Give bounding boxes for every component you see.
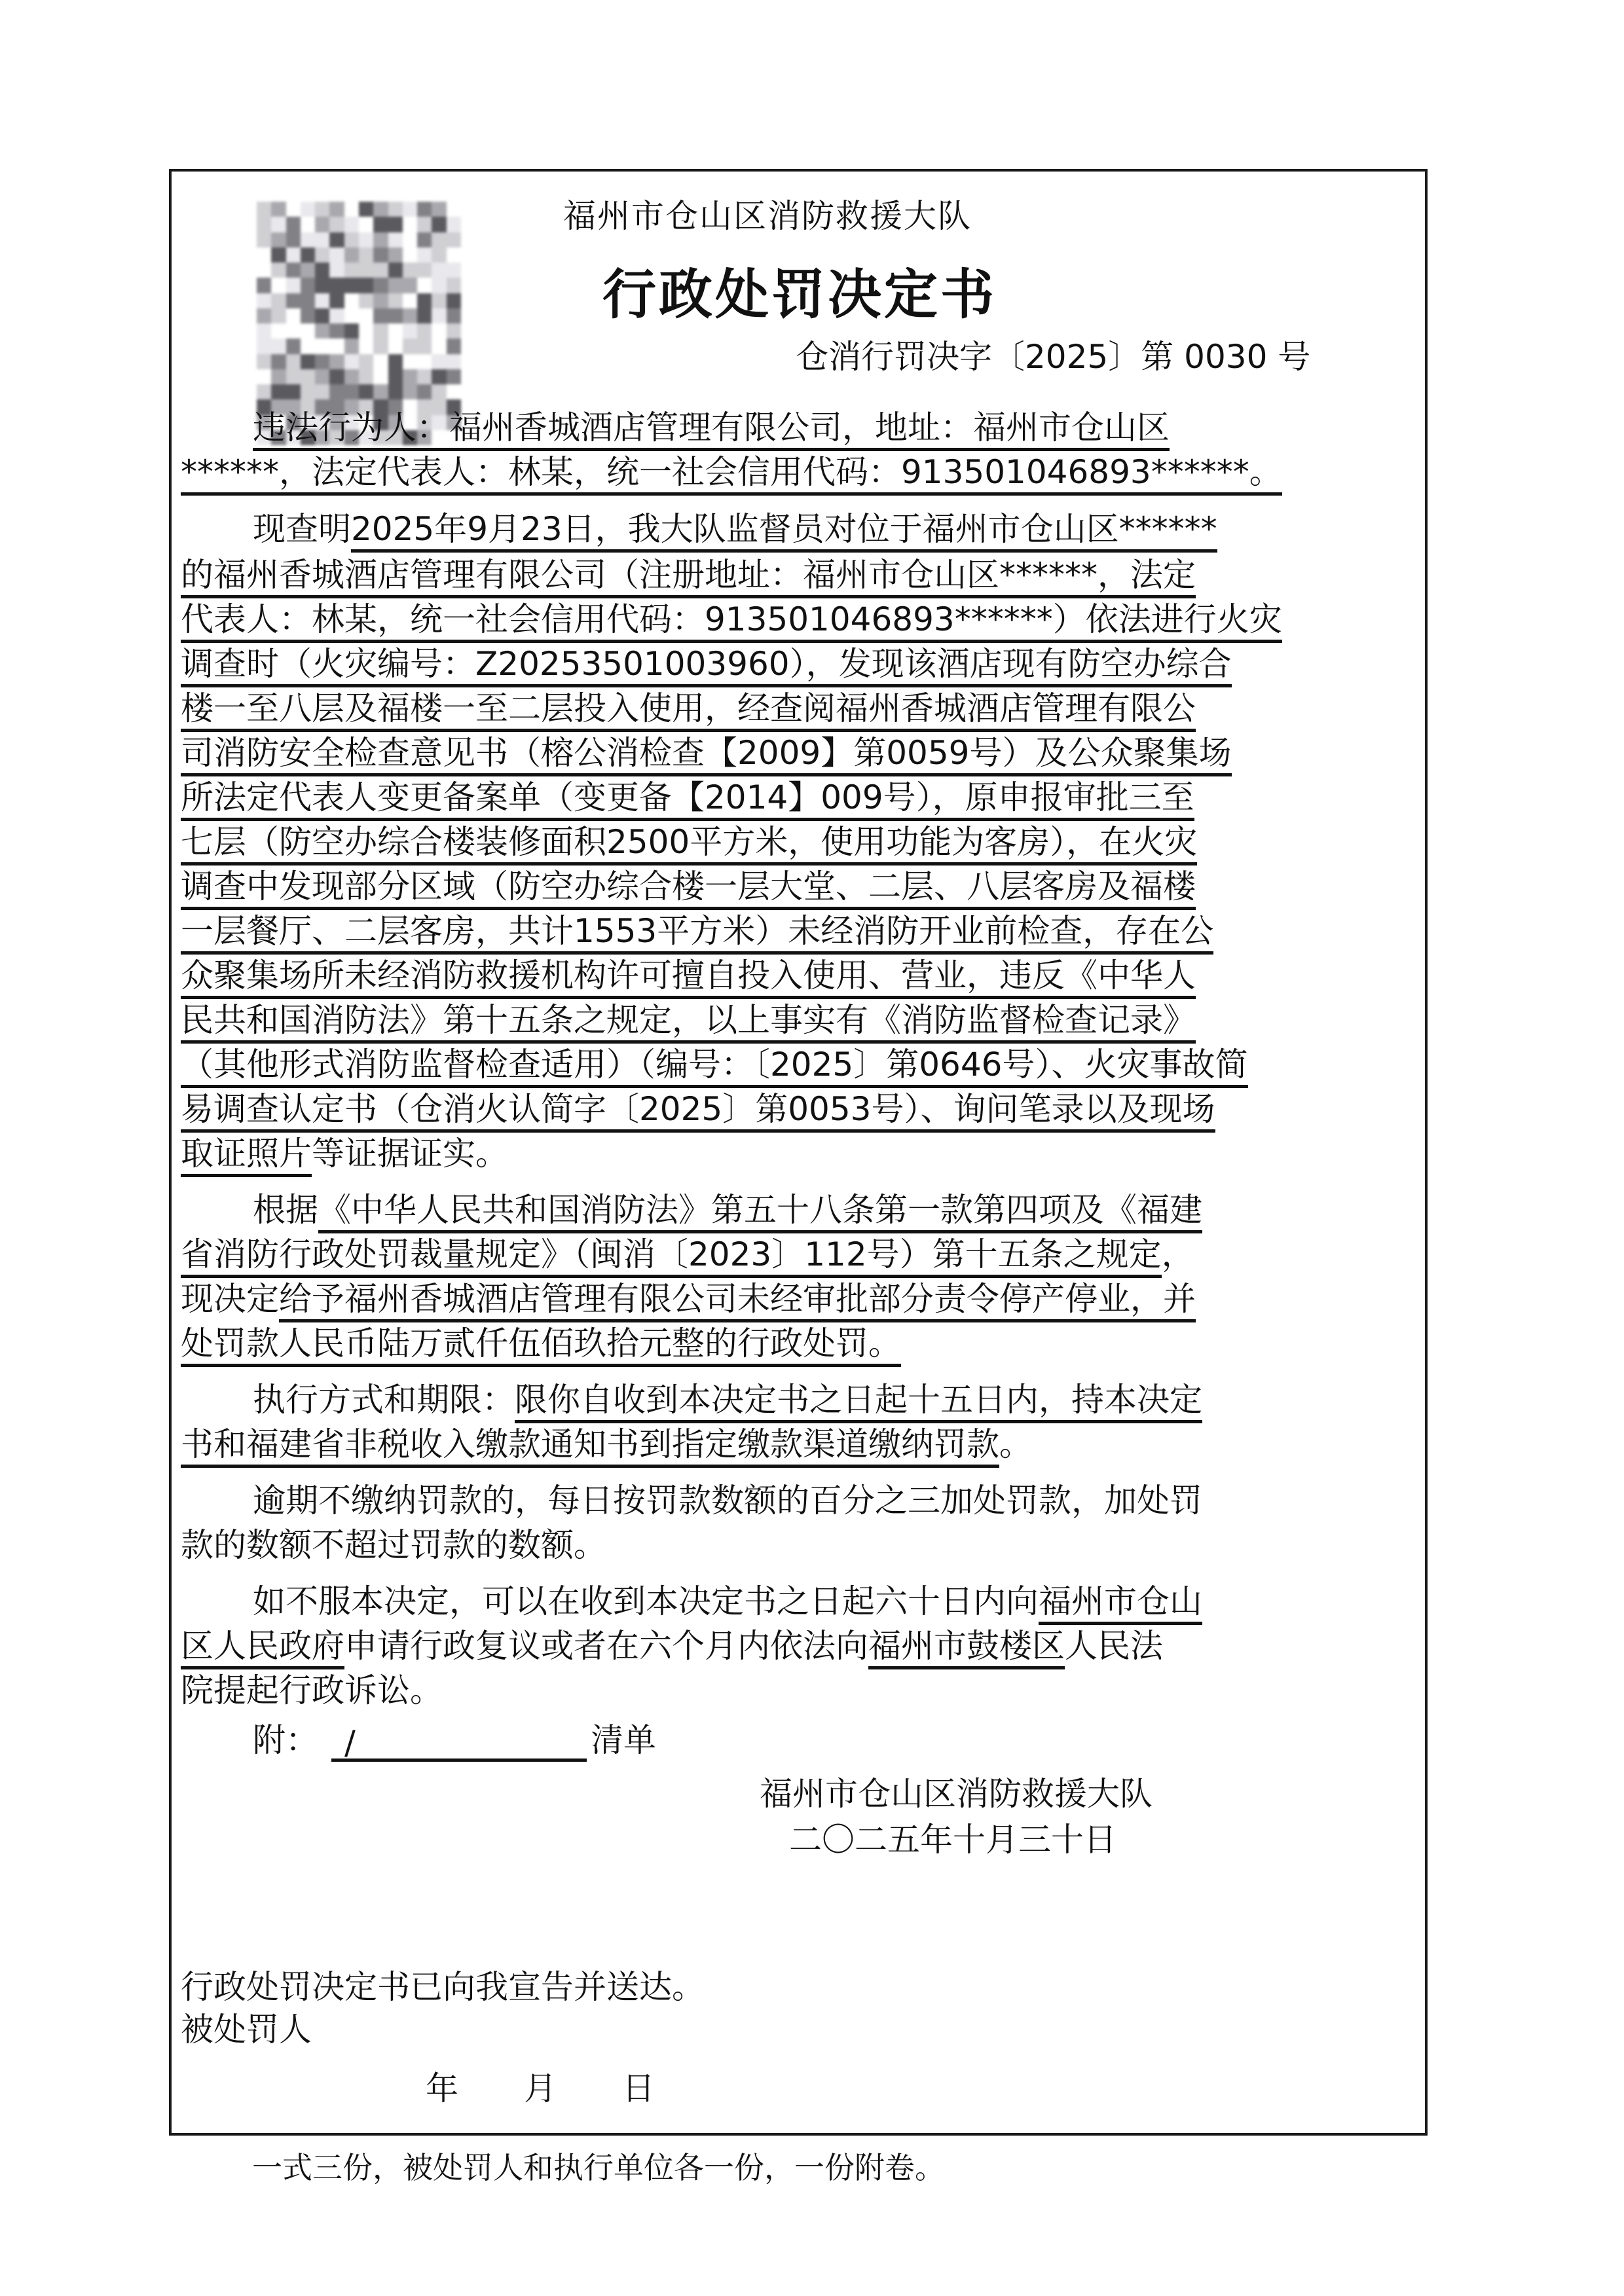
body-line: 省消防行政处罚裁量规定》（闽消〔2023〕112号）第十五条之规定，: [181, 1233, 1418, 1276]
body-line: 逾期不缴纳罚款的，每日按罚款数额的百分之三加处罚款，加处罚: [181, 1479, 1490, 1522]
document-number: 仓消行罚决字〔2025〕第 0030 号: [796, 331, 1310, 378]
body-line: ******，法定代表人：林某，统一社会信用代码：913501046893***…: [181, 450, 1418, 494]
receipt-statement: 行政处罚决定书已向我宣告并送达。: [181, 1961, 705, 2008]
attachment-value: /: [331, 1724, 587, 1762]
body-line: 一层餐厅、二层客房，共计1553平方米）未经消防开业前检查，存在公: [181, 909, 1418, 953]
document-title: 行政处罚决定书: [602, 252, 997, 329]
attachment-label: 附：: [253, 1721, 318, 1759]
body-line: 书和福建省非税收入缴款通知书到指定缴款渠道缴纳罚款。: [181, 1423, 1418, 1466]
copies-footnote: 一式三份，被处罚人和执行单位各一份，一份附卷。: [252, 2144, 945, 2187]
body-line: 院提起行政诉讼。: [181, 1669, 1418, 1712]
body-line: 的福州香城酒店管理有限公司（注册地址：福州市仓山区******，法定: [181, 553, 1418, 596]
body-line: 取证照片等证据证实。: [181, 1132, 1418, 1175]
body-line: 易调查认定书（仓消火认简字〔2025〕第0053号）、询问笔录以及现场: [181, 1087, 1418, 1131]
body-line: 调查中发现部分区域（防空办综合楼一层大堂、二层、八层客房及福楼: [181, 865, 1418, 908]
recipient-date-placeholder: 年 月 日: [426, 2062, 655, 2109]
body-line: 民共和国消防法》第十五条之规定，以上事实有《消防监督检查记录》: [181, 998, 1418, 1042]
body-line: 所法定代表人变更备案单（变更备【2014】009号），原申报审批三至: [181, 776, 1418, 819]
body-line: 执行方式和期限：限你自收到本决定书之日起十五日内，持本决定: [181, 1378, 1490, 1421]
body-line: 七层（防空办综合楼装修面积2500平方米，使用功能为客房），在火灾: [181, 820, 1418, 864]
body-line: 代表人：林某，统一社会信用代码：913501046893******）依法进行火…: [181, 598, 1418, 641]
body-line: 如不服本决定，可以在收到本决定书之日起六十日内向福州市仓山: [181, 1580, 1490, 1623]
body-line: 款的数额不超过罚款的数额。: [181, 1523, 1418, 1567]
body-line: 众聚集场所未经消防救援机构许可擅自投入使用、营业，违反《中华人: [181, 954, 1418, 997]
body-line: 现决定给予福州香城酒店管理有限公司未经审批部分责令停产停业，并: [181, 1277, 1418, 1321]
body-line: 楼一至八层及福楼一至二层投入使用，经查阅福州香城酒店管理有限公: [181, 687, 1418, 730]
body-line: 调查时（火灾编号：Z20253501003960），发现该酒店现有防空办综合: [181, 642, 1418, 685]
recipient-label: 被处罚人: [181, 2003, 312, 2050]
body-line: （其他形式消防监督检查适用）（编号：〔2025〕第0646号）、火灾事故简: [181, 1043, 1418, 1086]
body-line: 现查明2025年9月23日，我大队监督员对位于福州市仓山区******: [181, 507, 1490, 551]
body-line: 处罚款人民币陆万贰仟伍佰玖拾元整的行政处罚。: [181, 1322, 1418, 1365]
body-line: 司消防安全检查意见书（榕公消检查【2009】第0059号）及公众聚集场: [181, 731, 1418, 774]
attachment-line: 附：/清单: [181, 1719, 1490, 1762]
body-line: 区人民政府申请行政复议或者在六个月内依法向福州市鼓楼区人民法: [181, 1624, 1418, 1667]
attachment-suffix: 清单: [591, 1721, 656, 1759]
signature-date: 二〇二五年十月三十日: [789, 1813, 1116, 1861]
issuing-agency: 福州市仓山区消防救援大队: [563, 190, 972, 237]
body-line: 违法行为人：福州香城酒店管理有限公司，地址：福州市仓山区: [181, 406, 1490, 449]
body-line: 根据《中华人民共和国消防法》第五十八条第一款第四项及《福建: [181, 1188, 1490, 1231]
signature-agency: 福州市仓山区消防救援大队: [760, 1768, 1153, 1815]
